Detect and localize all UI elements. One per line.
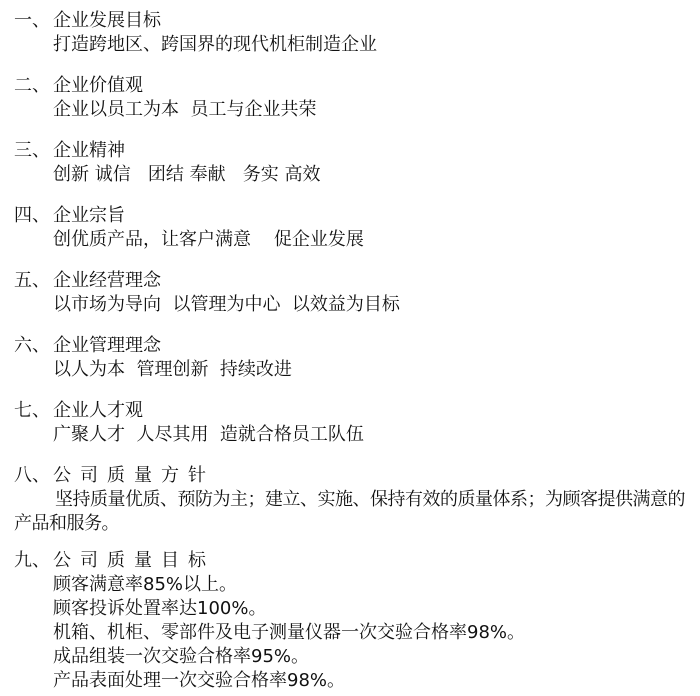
section-purpose: 四、 企业宗旨 创优质产品，让客户满意 促企业发展 bbox=[14, 204, 686, 252]
section-number: 八、 bbox=[14, 464, 53, 488]
section-talent-view: 七、 企业人才观 广聚人才 人尽其用 造就合格员工队伍 bbox=[14, 399, 686, 447]
section-title: 企业人才观 bbox=[53, 399, 143, 423]
section-text: 以人为本 管理创新 持续改进 bbox=[14, 358, 686, 382]
section-heading: 九、 公司质量目标 bbox=[14, 549, 686, 573]
section-number: 五、 bbox=[14, 269, 53, 293]
section-paragraph: 坚持质量优质、预防为主；建立、实施、保持有效的质量体系；为顾客提供满意的产品和服… bbox=[14, 488, 686, 536]
section-text: 广聚人才 人尽其用 造就合格员工队伍 bbox=[14, 423, 686, 447]
section-heading: 六、 企业管理理念 bbox=[14, 334, 686, 358]
objective-item: 顾客投诉处置率达100%。 bbox=[14, 597, 686, 621]
section-number: 四、 bbox=[14, 204, 53, 228]
section-business-philosophy: 五、 企业经营理念 以市场为导向 以管理为中心 以效益为目标 bbox=[14, 269, 686, 317]
section-quality-objectives: 九、 公司质量目标 顾客满意率85%以上。 顾客投诉处置率达100%。 机箱、机… bbox=[14, 549, 686, 693]
section-text: 创新 诚信 团结 奉献 务实 高效 bbox=[14, 163, 686, 187]
section-heading: 八、 公司质量方针 bbox=[14, 464, 686, 488]
section-title: 企业发展目标 bbox=[53, 9, 161, 33]
section-title: 企业管理理念 bbox=[53, 334, 161, 358]
section-title: 企业精神 bbox=[53, 139, 125, 163]
objective-item: 顾客满意率85%以上。 bbox=[14, 573, 686, 597]
section-number: 一、 bbox=[14, 9, 53, 33]
section-text: 打造跨地区、跨国界的现代机柜制造企业 bbox=[14, 33, 686, 57]
section-title: 企业经营理念 bbox=[53, 269, 161, 293]
section-number: 六、 bbox=[14, 334, 53, 358]
section-text: 以市场为导向 以管理为中心 以效益为目标 bbox=[14, 293, 686, 317]
section-number: 七、 bbox=[14, 399, 53, 423]
section-title: 企业宗旨 bbox=[53, 204, 125, 228]
section-text: 企业以员工为本 员工与企业共荣 bbox=[14, 98, 686, 122]
section-heading: 四、 企业宗旨 bbox=[14, 204, 686, 228]
section-heading: 三、 企业精神 bbox=[14, 139, 686, 163]
section-quality-policy: 八、 公司质量方针 坚持质量优质、预防为主；建立、实施、保持有效的质量体系；为顾… bbox=[14, 464, 686, 536]
section-number: 二、 bbox=[14, 74, 53, 98]
section-heading: 二、 企业价值观 bbox=[14, 74, 686, 98]
section-number: 九、 bbox=[14, 549, 53, 573]
section-title: 公司质量方针 bbox=[53, 464, 215, 488]
section-heading: 五、 企业经营理念 bbox=[14, 269, 686, 293]
section-development-goal: 一、 企业发展目标 打造跨地区、跨国界的现代机柜制造企业 bbox=[14, 9, 686, 57]
section-heading: 七、 企业人才观 bbox=[14, 399, 686, 423]
section-text: 创优质产品，让客户满意 促企业发展 bbox=[14, 228, 686, 252]
section-number: 三、 bbox=[14, 139, 53, 163]
objective-item: 成品组装一次交验合格率95%。 bbox=[14, 645, 686, 669]
section-heading: 一、 企业发展目标 bbox=[14, 9, 686, 33]
objective-item: 机箱、机柜、零部件及电子测量仪器一次交验合格率98%。 bbox=[14, 621, 686, 645]
section-values: 二、 企业价值观 企业以员工为本 员工与企业共荣 bbox=[14, 74, 686, 122]
section-title: 公司质量目标 bbox=[53, 549, 215, 573]
objective-item: 产品表面处理一次交验合格率98%。 bbox=[14, 669, 686, 693]
section-management-philosophy: 六、 企业管理理念 以人为本 管理创新 持续改进 bbox=[14, 334, 686, 382]
section-spirit: 三、 企业精神 创新 诚信 团结 奉献 务实 高效 bbox=[14, 139, 686, 187]
section-title: 企业价值观 bbox=[53, 74, 143, 98]
